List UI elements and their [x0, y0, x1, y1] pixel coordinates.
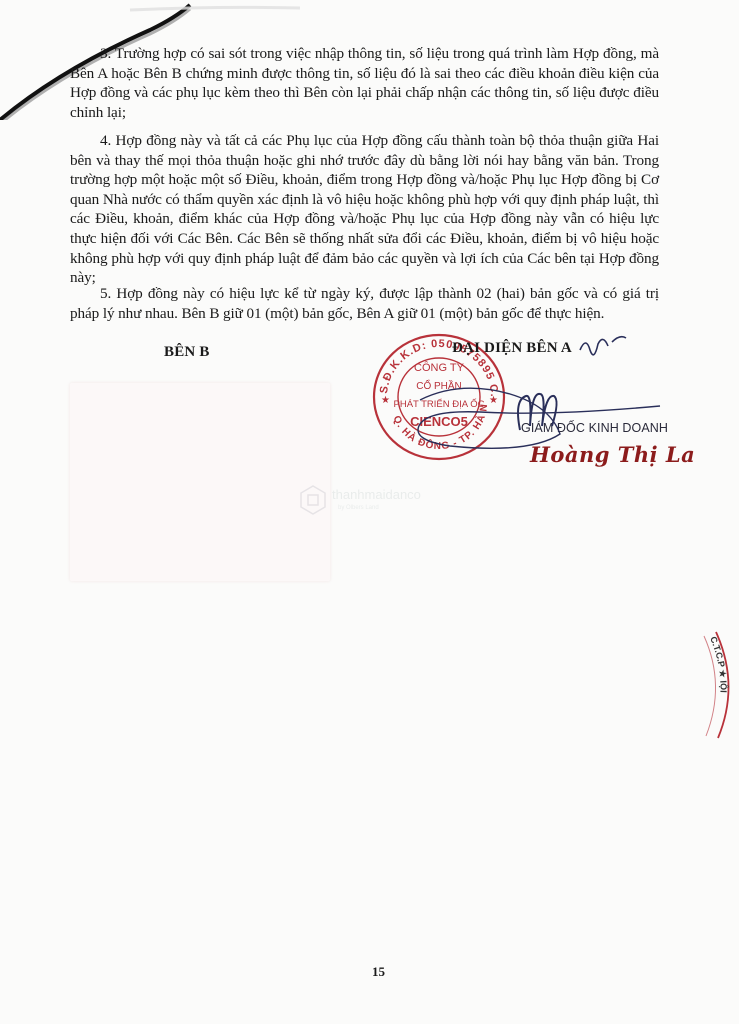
seal-line-1: CÔNG TY: [414, 361, 465, 374]
signer-title: GIÁM ĐỐC KINH DOANH: [521, 421, 668, 435]
clause-5: 5. Hợp đồng này có hiệu lực kể từ ngày k…: [70, 284, 659, 323]
watermark-logo-icon: [300, 485, 326, 515]
seal-line-3: PHÁT TRIỂN ĐỊA ỐC: [394, 398, 485, 410]
party-b-label: BÊN B: [164, 344, 210, 361]
redacted-signature-area: [70, 383, 330, 581]
watermark-subtext: by Olbers Land: [338, 505, 379, 511]
page-number: 15: [372, 964, 385, 980]
clause-3: 3. Trường hợp có sai sót trong việc nhập…: [70, 44, 659, 122]
party-a-label: ĐẠI DIỆN BÊN A: [452, 340, 572, 357]
seal-line-2: CỔ PHẦN: [416, 379, 462, 392]
signer-name: Hoàng Thị La: [530, 442, 695, 467]
svg-text:★: ★: [381, 395, 390, 406]
edge-seal-fragment: C.T.C.P ★ IỘI: [690, 630, 739, 740]
svg-text:★: ★: [489, 395, 498, 406]
watermark: thanhmaidanco by Olbers Land: [300, 485, 450, 525]
seal-line-4: CIENCO5: [410, 414, 468, 429]
clause-4: 4. Hợp đồng này và tất cả các Phụ lục củ…: [70, 131, 659, 288]
watermark-text: thanhmaidanco: [332, 487, 421, 502]
